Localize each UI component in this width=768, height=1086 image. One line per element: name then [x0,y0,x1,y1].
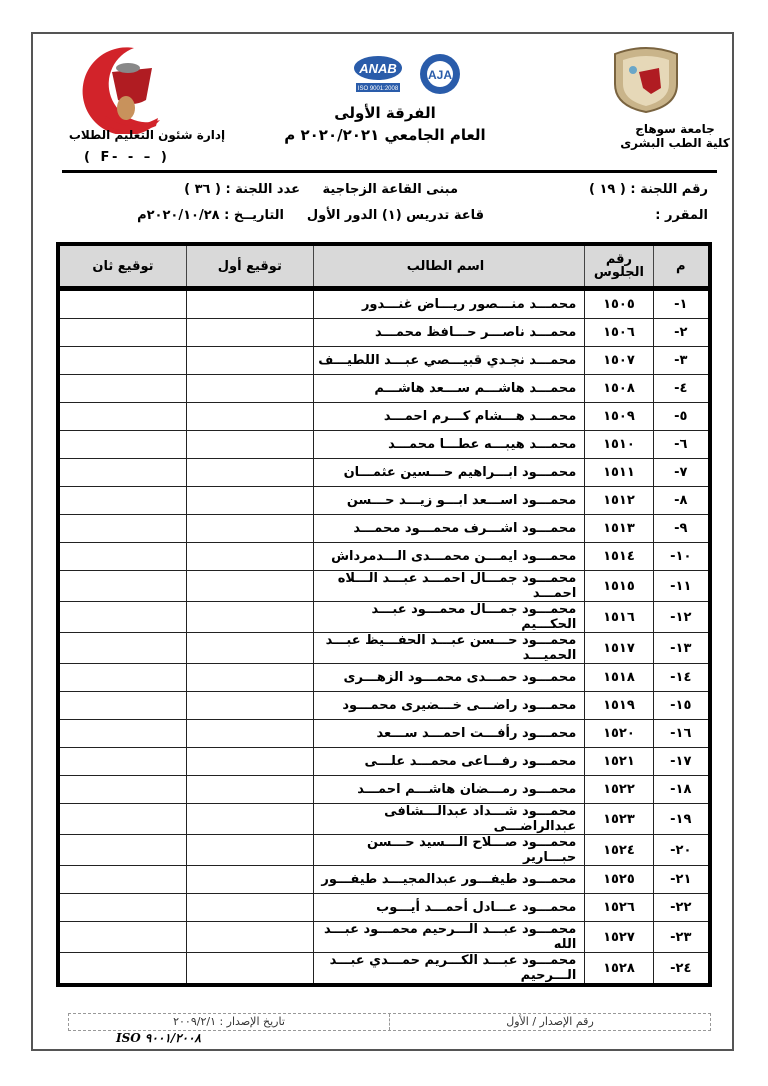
first-signature-cell[interactable] [186,375,313,403]
first-signature-cell[interactable] [186,515,313,543]
row-index: ٢١- [653,866,710,894]
student-name: محمـــود شـــداد عبدالـــشافى عبدالراضــ… [313,804,585,835]
table-row: ٩-١٥١٣محمـــود اشـــرف محمـــود محمـــد [58,515,710,543]
row-index: ١٥- [653,692,710,720]
student-roster-table: م رقم الجلوس اسم الطالب توقيع أول توقيع … [56,242,712,987]
building-name: مبنى القاعة الزجاجية [323,182,458,197]
student-name: محمـــود رمـــضان هاشـــم احمـــد [313,776,585,804]
second-signature-cell[interactable] [58,459,186,487]
seat-number: ١٥٢٢ [585,776,653,804]
table-row: ١٢-١٥١٦محمـــود جمـــال محمـــود عبـــد … [58,602,710,633]
student-name: محمـــود عبـــد الكـــريم حمـــدي عبـــد… [313,953,585,986]
student-name: محمـــود رفـــاعى محمـــد علـــى [313,748,585,776]
table-row: ٣-١٥٠٧محمـــد نجـدي قبيـــصي عبـــد اللط… [58,347,710,375]
academic-year-title: العام الجامعي ٢٠٢٠/٢٠٢١ م [230,126,540,144]
student-name: محمـــود صـــلاح الـــسيد حـــسن حبـــار… [313,835,585,866]
course-label: المقرر : [655,208,708,223]
table-row: ١٧-١٥٢١محمـــود رفـــاعى محمـــد علـــى [58,748,710,776]
row-index: ٨- [653,487,710,515]
second-signature-cell[interactable] [58,289,186,319]
table-row: ٥-١٥٠٩محمـــد هـــشام كـــرم احمـــد [58,403,710,431]
table-row: ١٦-١٥٢٠محمـــود رأفـــت احمـــد ســـعد [58,720,710,748]
table-row: ٢-١٥٠٦محمـــد ناصـــر حـــافظ محمـــد [58,319,710,347]
second-signature-cell[interactable] [58,375,186,403]
second-signature-cell[interactable] [58,602,186,633]
col-header-student-name: اسم الطالب [313,244,585,289]
row-index: ٦- [653,431,710,459]
header-divider [62,170,717,173]
seat-number: ١٥١٣ [585,515,653,543]
student-name: محمـــد منـــصور ريـــاض غنـــدور [313,289,585,319]
student-name: محمـــد ناصـــر حـــافظ محمـــد [313,319,585,347]
issue-number: رقم الإصدار / الأول [390,1014,710,1030]
university-logo [607,44,685,114]
table-row: ٢٠-١٥٢٤محمـــود صـــلاح الـــسيد حـــسن … [58,835,710,866]
committee-count: عدد اللجنة : ( ٣٦ ) [184,182,300,197]
row-index: ١٠- [653,543,710,571]
first-signature-cell[interactable] [186,720,313,748]
committee-number: رقم اللجنة : ( ١٩ ) [589,182,708,197]
first-signature-cell[interactable] [186,487,313,515]
first-signature-cell[interactable] [186,289,313,319]
row-index: ١- [653,289,710,319]
row-index: ٢- [653,319,710,347]
faculty-logo [72,42,178,134]
row-index: ١٢- [653,602,710,633]
university-label: جامعة سوهاج [620,122,730,136]
student-name: محمـــود رأفـــت احمـــد ســـعد [313,720,585,748]
year-level-title: الفرقة الأولى [260,104,510,122]
first-signature-cell[interactable] [186,459,313,487]
second-signature-cell[interactable] [58,571,186,602]
second-signature-cell[interactable] [58,403,186,431]
row-index: ١٣- [653,633,710,664]
seat-number: ١٥٢٤ [585,835,653,866]
seat-number: ١٥٢٣ [585,804,653,835]
student-name: محمـــود عبـــد الـــرحيم محمـــود عبـــ… [313,922,585,953]
seat-number: ١٥٢٥ [585,866,653,894]
second-signature-cell[interactable] [58,347,186,375]
student-name: محمـــد هـــشام كـــرم احمـــد [313,403,585,431]
first-signature-cell[interactable] [186,922,313,953]
seat-number: ١٥٢١ [585,748,653,776]
seat-number: ١٥١٧ [585,633,653,664]
first-signature-cell[interactable] [186,835,313,866]
first-signature-cell[interactable] [186,748,313,776]
row-index: ٥- [653,403,710,431]
first-signature-cell[interactable] [186,633,313,664]
row-index: ١٦- [653,720,710,748]
table-row: ١٥-١٥١٩محمـــود راضـــى خـــضيرى محمـــو… [58,692,710,720]
first-signature-cell[interactable] [186,692,313,720]
seat-number: ١٥١٤ [585,543,653,571]
student-name: محمـــود جمـــال احمـــد عبـــد الـــلاه… [313,571,585,602]
second-signature-cell[interactable] [58,319,186,347]
hall-name: قاعة تدريس (١) الدور الأول [307,208,484,223]
second-signature-cell[interactable] [58,487,186,515]
col-header-index: م [653,244,710,289]
seat-number: ١٥١٠ [585,431,653,459]
issue-date: تاريخ الإصدار : ٢٠٠٩/٢/١ [69,1014,390,1030]
second-signature-cell[interactable] [58,804,186,835]
table-row: ١٨-١٥٢٢محمـــود رمـــضان هاشـــم احمـــد [58,776,710,804]
seat-number: ١٥١١ [585,459,653,487]
second-signature-cell[interactable] [58,633,186,664]
seat-number: ١٥٠٦ [585,319,653,347]
seat-number: ١٥٢٠ [585,720,653,748]
row-index: ١١- [653,571,710,602]
student-name: محمـــود حمـــدى محمـــود الزهـــرى [313,664,585,692]
second-signature-cell[interactable] [58,515,186,543]
first-signature-cell[interactable] [186,866,313,894]
svg-text:ANAB: ANAB [358,61,397,76]
seat-number: ١٥١٩ [585,692,653,720]
row-index: ٤- [653,375,710,403]
table-row: ١٣-١٥١٧محمـــود حـــسن عبـــد الحفـــيظ … [58,633,710,664]
first-signature-cell[interactable] [186,347,313,375]
first-signature-cell[interactable] [186,403,313,431]
first-signature-cell[interactable] [186,894,313,922]
second-signature-cell[interactable] [58,776,186,804]
second-signature-cell[interactable] [58,922,186,953]
issue-info-box: رقم الإصدار / الأول تاريخ الإصدار : ٢٠٠٩… [68,1013,711,1031]
col-header-seat-number: رقم الجلوس [585,244,653,289]
seat-number: ١٥١٥ [585,571,653,602]
table-row: ٨-١٥١٢محمـــود اســـعد ابـــو زيـــد حــ… [58,487,710,515]
student-name: محمـــود راضـــى خـــضيرى محمـــود [313,692,585,720]
svg-text:ISO 9001:2008: ISO 9001:2008 [358,86,399,92]
table-row: ٤-١٥٠٨محمـــد هاشـــم ســـعد هاشـــم [58,375,710,403]
table-row: ٢٤-١٥٢٨محمـــود عبـــد الكـــريم حمـــدي… [58,953,710,986]
second-signature-cell[interactable] [58,748,186,776]
table-row: ١٩-١٥٢٣محمـــود شـــداد عبدالـــشافى عبد… [58,804,710,835]
second-signature-cell[interactable] [58,866,186,894]
row-index: ١٩- [653,804,710,835]
second-signature-cell[interactable] [58,835,186,866]
student-name: محمـــود اشـــرف محمـــود محمـــد [313,515,585,543]
table-body: ١-١٥٠٥محمـــد منـــصور ريـــاض غنـــدور٢… [58,289,710,986]
faculty-label: كلية الطب البشرى [620,136,730,150]
seat-number: ١٥٢٦ [585,894,653,922]
seat-number: ١٥٠٨ [585,375,653,403]
table-row: ١-١٥٠٥محمـــد منـــصور ريـــاض غنـــدور [58,289,710,319]
first-signature-cell[interactable] [186,804,313,835]
first-signature-cell[interactable] [186,319,313,347]
seat-number: ١٥١٨ [585,664,653,692]
seat-number: ١٥١٢ [585,487,653,515]
table-row: ٢٢-١٥٢٦محمـــود عـــادل أحمـــد أيـــوب [58,894,710,922]
department-name: إدارة شئون التعليم الطلاب [62,128,232,142]
table-header-row: م رقم الجلوس اسم الطالب توقيع أول توقيع … [58,244,710,289]
second-signature-cell[interactable] [58,664,186,692]
table-row: ١٠-١٥١٤محمـــود ايمـــن محمـــدى الـــدم… [58,543,710,571]
row-index: ٢٠- [653,835,710,866]
table-row: ٦-١٥١٠محمـــد هيبـــه عطـــا محمـــد [58,431,710,459]
first-signature-cell[interactable] [186,602,313,633]
student-name: محمـــد هيبـــه عطـــا محمـــد [313,431,585,459]
row-index: ٢٤- [653,953,710,986]
row-index: ١٧- [653,748,710,776]
col-header-second-signature: توقيع ثان [58,244,186,289]
row-index: ٣- [653,347,710,375]
exam-date: التاريــخ : ٢٠٢٠/١٠/٢٨م [137,208,284,223]
student-name: محمـــود جمـــال محمـــود عبـــد الحكـــ… [313,602,585,633]
row-index: ١٨- [653,776,710,804]
seat-number: ١٥٢٧ [585,922,653,953]
student-name: محمـــود اســـعد ابـــو زيـــد حـــسن [313,487,585,515]
first-signature-cell[interactable] [186,543,313,571]
row-index: ٢٣- [653,922,710,953]
student-name: محمـــود ايمـــن محمـــدى الـــدمرداش [313,543,585,571]
student-name: محمـــود ابـــراهيم حـــسين عثمـــان [313,459,585,487]
iso-standard: ISO ٩٠٠١/٢٠٠٨ [116,1031,201,1045]
col-header-first-signature: توقيع أول [186,244,313,289]
second-signature-cell[interactable] [58,720,186,748]
second-signature-cell[interactable] [58,431,186,459]
seat-number: ١٥٠٧ [585,347,653,375]
second-signature-cell[interactable] [58,692,186,720]
student-name: محمـــود حـــسن عبـــد الحفـــيظ عبـــد … [313,633,585,664]
second-signature-cell[interactable] [58,543,186,571]
first-signature-cell[interactable] [186,571,313,602]
second-signature-cell[interactable] [58,894,186,922]
university-name: جامعة سوهاج كلية الطب البشرى [620,122,730,150]
seat-number: ١٥٠٥ [585,289,653,319]
student-name: محمـــود طيفـــور عبدالمجيـــد طيفـــور [313,866,585,894]
student-name: محمـــد نجـدي قبيـــصي عبـــد اللطيـــف [313,347,585,375]
first-signature-cell[interactable] [186,776,313,804]
seat-number: ١٥٠٩ [585,403,653,431]
first-signature-cell[interactable] [186,431,313,459]
first-signature-cell[interactable] [186,664,313,692]
row-index: ٩- [653,515,710,543]
certification-logos: ANAB ISO 9001:2008 AJA [350,52,466,96]
table-row: ٢٣-١٥٢٧محمـــود عبـــد الـــرحيم محمـــو… [58,922,710,953]
second-signature-cell[interactable] [58,953,186,986]
seat-number: ١٥١٦ [585,602,653,633]
seat-number: ١٥٢٨ [585,953,653,986]
row-index: ٧- [653,459,710,487]
table-row: ١١-١٥١٥محمـــود جمـــال احمـــد عبـــد ا… [58,571,710,602]
table-row: ٧-١٥١١محمـــود ابـــراهيم حـــسين عثمـــ… [58,459,710,487]
student-name: محمـــد هاشـــم ســـعد هاشـــم [313,375,585,403]
svg-text:AJA: AJA [428,68,452,82]
table-row: ٢١-١٥٢٥محمـــود طيفـــور عبدالمجيـــد طي… [58,866,710,894]
form-code: ( F- - – ) [84,150,224,165]
row-index: ١٤- [653,664,710,692]
row-index: ٢٢- [653,894,710,922]
first-signature-cell[interactable] [186,953,313,986]
student-name: محمـــود عـــادل أحمـــد أيـــوب [313,894,585,922]
table-row: ١٤-١٥١٨محمـــود حمـــدى محمـــود الزهـــ… [58,664,710,692]
